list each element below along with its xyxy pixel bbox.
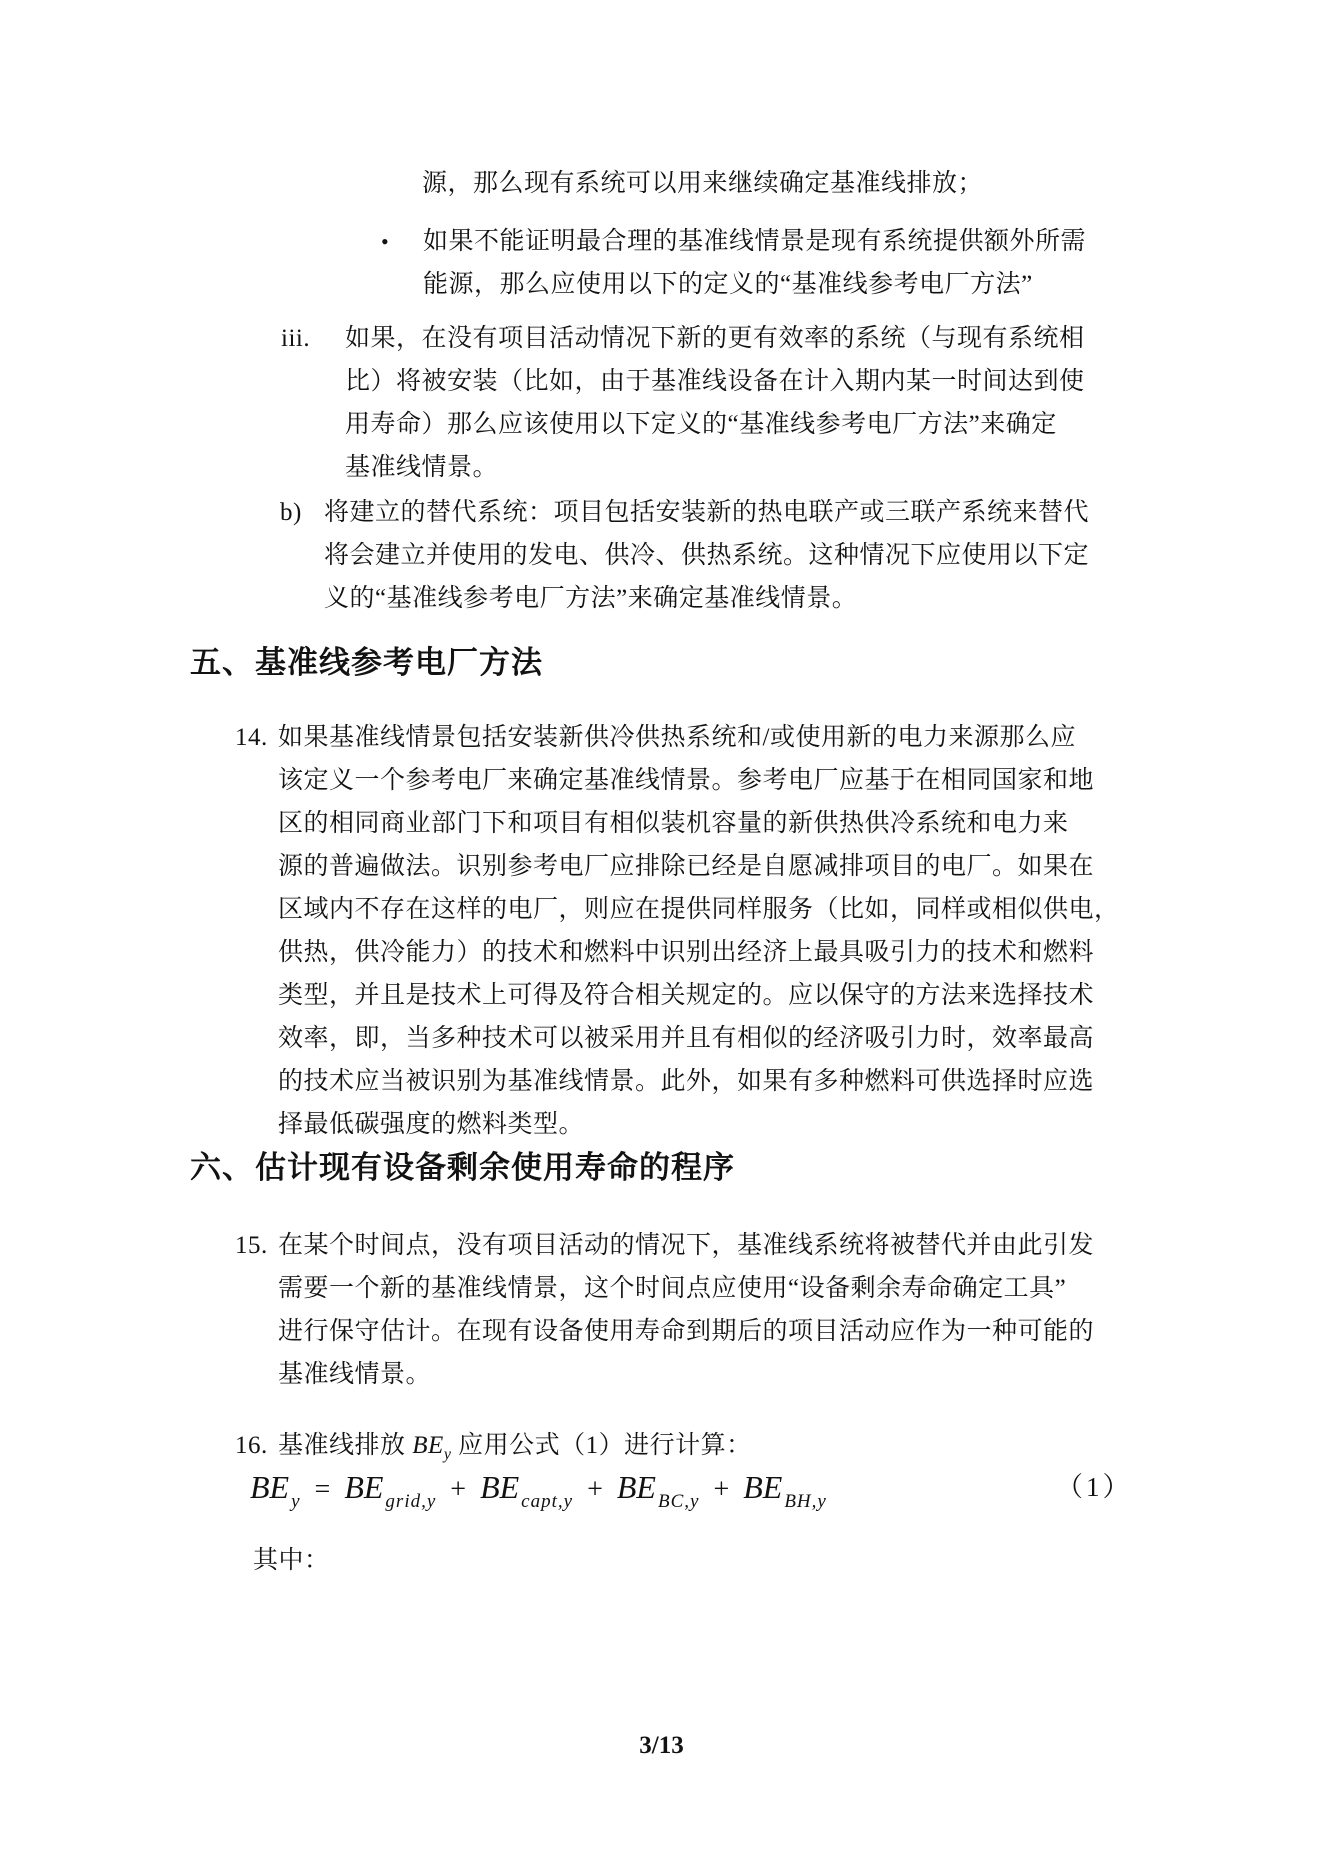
paragraph-14-marker: 14.	[235, 716, 268, 759]
equation-term-sub: grid,y	[385, 1491, 436, 1512]
where-label: 其中：	[253, 1539, 1323, 1582]
equation-term-base: BE	[480, 1469, 519, 1505]
paragraph-15: 15. 在某个时间点，没有项目活动的情况下，基准线系统将被替代并由此引发 需要一…	[0, 1224, 1323, 1396]
list-item-iii-text: 如果，在没有项目活动情况下新的更有效率的系统（与现有系统相 比）将被安装（比如，…	[345, 317, 1115, 489]
equation-term-sub: BC,y	[658, 1491, 699, 1512]
paragraph-14: 14. 如果基准线情景包括安装新供冷供热系统和/或使用新的电力来源那么应 该定义…	[0, 716, 1323, 1146]
continuation-paragraph: 源，那么现有系统可以用来继续确定基准线排放；	[0, 162, 1323, 205]
equation-number-label: （1）	[1056, 1464, 1133, 1510]
list-item-iii-marker: iii.	[281, 317, 310, 360]
list-item-b-marker: b)	[280, 491, 302, 534]
list-item-b: b) 将建立的替代系统：项目包括安装新的热电联产或三联产系统来替代 将会建立并使…	[0, 491, 1323, 620]
list-item-iii: iii. 如果，在没有项目活动情况下新的更有效率的系统（与现有系统相 比）将被安…	[0, 317, 1323, 489]
document-page: 源，那么现有系统可以用来继续确定基准线排放； • 如果不能证明最合理的基准线情景…	[0, 0, 1323, 1871]
paragraph-16-prefix: 基准线排放	[278, 1432, 412, 1459]
equation-term-base: BE	[617, 1469, 656, 1505]
inline-math-var-sub: y	[444, 1446, 452, 1463]
equals-sign: =	[315, 1474, 331, 1505]
bullet-marker-icon: •	[381, 220, 389, 263]
bullet-item: • 如果不能证明最合理的基准线情景是现有系统提供额外所需 能源，那么应使用以下的…	[0, 220, 1323, 306]
bullet-item-text: 如果不能证明最合理的基准线情景是现有系统提供额外所需 能源，那么应使用以下的定义…	[423, 220, 1123, 306]
equation-lhs-sub: y	[291, 1491, 300, 1512]
section-heading-6-marker: 六、	[190, 1148, 254, 1188]
equation-term-sub: BH,y	[784, 1491, 827, 1512]
paragraph-14-text: 如果基准线情景包括安装新供冷供热系统和/或使用新的电力来源那么应 该定义一个参考…	[278, 716, 1120, 1146]
plus-sign: +	[587, 1474, 603, 1505]
equation-term-base: BE	[344, 1469, 383, 1505]
section-heading-5-title: 基准线参考电厂方法	[255, 643, 1323, 683]
list-item-b-text: 将建立的替代系统：项目包括安装新的热电联产或三联产系统来替代 将会建立并使用的发…	[324, 491, 1119, 620]
section-heading-5-marker: 五、	[190, 643, 254, 683]
section-heading-6-title: 估计现有设备剩余使用寿命的程序	[255, 1148, 1323, 1188]
paragraph-16-marker: 16.	[235, 1424, 268, 1467]
plus-sign: +	[713, 1474, 729, 1505]
paragraph-15-text: 在某个时间点，没有项目活动的情况下，基准线系统将被替代并由此引发 需要一个新的基…	[278, 1224, 1123, 1396]
equation-term-sub: capt,y	[521, 1491, 573, 1512]
section-heading-6: 六、 估计现有设备剩余使用寿命的程序	[0, 1148, 1323, 1188]
continuation-text: 源，那么现有系统可以用来继续确定基准线排放；	[422, 162, 1323, 205]
paragraph-15-marker: 15.	[235, 1224, 268, 1267]
plus-sign: +	[450, 1474, 466, 1505]
equation-term-base: BE	[743, 1469, 782, 1505]
inline-math-var-base: BE	[412, 1432, 444, 1459]
where-clause: 其中：	[0, 1539, 1323, 1582]
section-heading-5: 五、 基准线参考电厂方法	[0, 643, 1323, 683]
equation-1: BEy = BEgrid,y + BEcapt,y + BEBC,y + BEB…	[0, 1464, 1323, 1510]
paragraph-16-suffix: 应用公式（1）进行计算：	[451, 1432, 751, 1459]
page-number: 3/13	[0, 1731, 1323, 1761]
equation-lhs-base: BE	[250, 1469, 289, 1505]
equation-expression: BEy = BEgrid,y + BEcapt,y + BEBC,y + BEB…	[250, 1464, 1323, 1510]
